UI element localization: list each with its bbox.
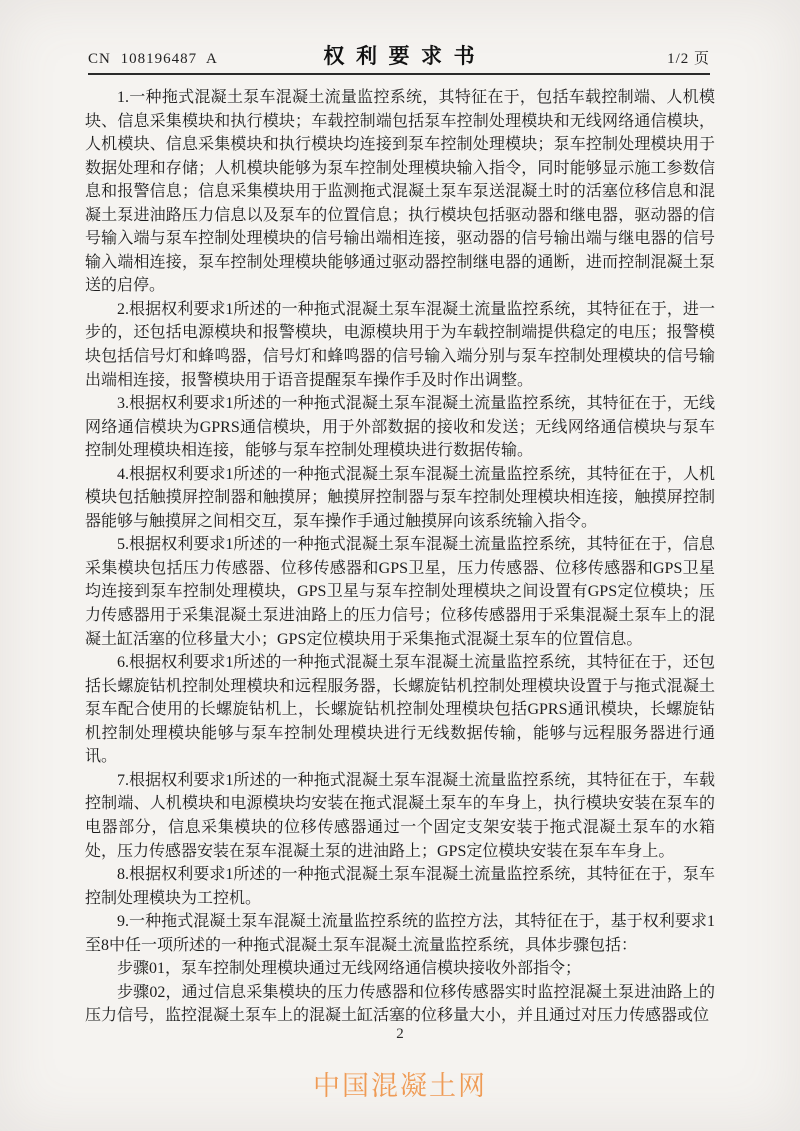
document-title: 权利要求书: [88, 40, 710, 70]
watermark: 中国混凝土网: [0, 1064, 800, 1103]
patent-claims-page: CN 108196487 A 权利要求书 1/2 页 1.一种拖式混凝土泵车混凝…: [0, 0, 800, 1131]
page-header: CN 108196487 A 权利要求书 1/2 页: [88, 38, 710, 75]
claim-paragraph-4: 4.根据权利要求1所述的一种拖式混凝土泵车混凝土流量监控系统，其特征在于，人机模…: [85, 463, 715, 534]
claim-paragraph-3: 3.根据权利要求1所述的一种拖式混凝土泵车混凝土流量监控系统，其特征在于，无线网…: [85, 392, 715, 463]
claim-paragraph-6: 6.根据权利要求1所述的一种拖式混凝土泵车混凝土流量监控系统，其特征在于，还包括…: [85, 651, 715, 769]
claim-paragraph-9: 9.一种拖式混凝土泵车混凝土流量监控系统的监控方法，其特征在于，基于权利要求1至…: [85, 910, 715, 957]
method-step-02: 步骤02，通过信息采集模块的压力传感器和位移传感器实时监控混凝土泵进油路上的压力…: [85, 981, 715, 1028]
method-step-01: 步骤01，泵车控制处理模块通过无线网络通信模块接收外部指令；: [85, 957, 715, 981]
claim-paragraph-8: 8.根据权利要求1所述的一种拖式混凝土泵车混凝土流量监控系统，其特征在于，泵车控…: [85, 863, 715, 910]
page-number: 2: [0, 1026, 800, 1043]
page-indicator: 1/2 页: [667, 47, 710, 68]
claim-paragraph-1: 1.一种拖式混凝土泵车混凝土流量监控系统，其特征在于，包括车载控制端、人机模块、…: [85, 86, 715, 298]
claims-body: 1.一种拖式混凝土泵车混凝土流量监控系统，其特征在于，包括车载控制端、人机模块、…: [85, 86, 715, 1028]
claim-paragraph-5: 5.根据权利要求1所述的一种拖式混凝土泵车混凝土流量监控系统，其特征在于，信息采…: [85, 533, 715, 651]
claim-paragraph-7: 7.根据权利要求1所述的一种拖式混凝土泵车混凝土流量监控系统，其特征在于，车载控…: [85, 769, 715, 863]
claim-paragraph-2: 2.根据权利要求1所述的一种拖式混凝土泵车混凝土流量监控系统，其特征在于，进一步…: [85, 298, 715, 392]
